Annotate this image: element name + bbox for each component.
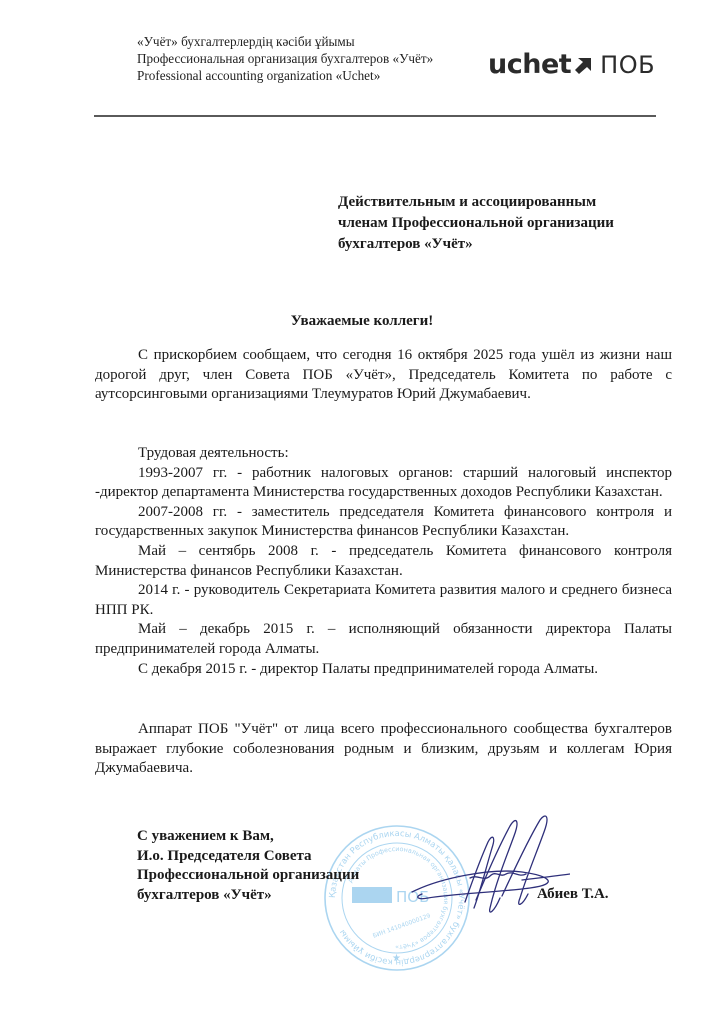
intro-paragraph: С прискорбием сообщаем, что сегодня 16 о… (95, 346, 672, 405)
logo-wordmark: uchet (488, 50, 571, 80)
signature-line: С уважением к Вам, (137, 827, 359, 847)
career-heading: Трудовая деятельность: (95, 444, 672, 464)
header-divider (94, 115, 656, 117)
career-entry: 2007-2008 гг. - заместитель председателя… (95, 503, 672, 542)
signer-name: Абиев Т.А. (537, 886, 609, 903)
signature-line: бухгалтеров «Учёт» (137, 886, 359, 906)
letterhead-line-english: Professional accounting organization «Uc… (137, 67, 433, 84)
letterhead-text: «Учёт» бухгалтерлердің кәсіби ұйымы Проф… (137, 33, 433, 84)
closing-paragraph-block: Аппарат ПОБ "Учёт" от лица всего професс… (95, 720, 672, 779)
letterhead-line-russian: Профессиональная организация бухгалтеров… (137, 50, 433, 67)
handwritten-signature (410, 812, 570, 932)
arrow-up-right-icon (575, 56, 593, 74)
career-entry: С декабря 2015 г. - директор Палаты пред… (95, 660, 672, 680)
salutation: Уважаемые коллеги! (0, 313, 724, 330)
signature-line: И.о. Председателя Совета (137, 847, 359, 867)
closing-paragraph: Аппарат ПОБ "Учёт" от лица всего професс… (95, 720, 672, 779)
career-section: Трудовая деятельность: 1993-2007 гг. - р… (95, 444, 672, 679)
career-entry: Май – декабрь 2015 г. – исполняющий обяз… (95, 620, 672, 659)
uchet-logo: uchet ПОБ (488, 48, 655, 82)
career-entry: 1993-2007 гг. - работник налоговых орган… (95, 464, 672, 503)
signature-line: Профессиональной организации (137, 866, 359, 886)
career-entry: 2014 г. - руководитель Секретариата Коми… (95, 581, 672, 620)
intro-paragraph-block: С прискорбием сообщаем, что сегодня 16 о… (95, 346, 672, 405)
stamp-star-icon: ★ (392, 953, 401, 964)
letterhead-line-kazakh: «Учёт» бухгалтерлердің кәсіби ұйымы (137, 33, 433, 50)
signature-block: С уважением к Вам, И.о. Председателя Сов… (137, 827, 359, 905)
career-entry: Май – сентябрь 2008 г. - председатель Ко… (95, 542, 672, 581)
addressee-block: Действительным и ассоциированным членам … (338, 192, 614, 255)
addressee-line: бухгалтеров «Учёт» (338, 234, 614, 255)
addressee-line: членам Профессиональной организации (338, 213, 614, 234)
logo-suffix: ПОБ (600, 50, 655, 80)
addressee-line: Действительным и ассоциированным (338, 192, 614, 213)
